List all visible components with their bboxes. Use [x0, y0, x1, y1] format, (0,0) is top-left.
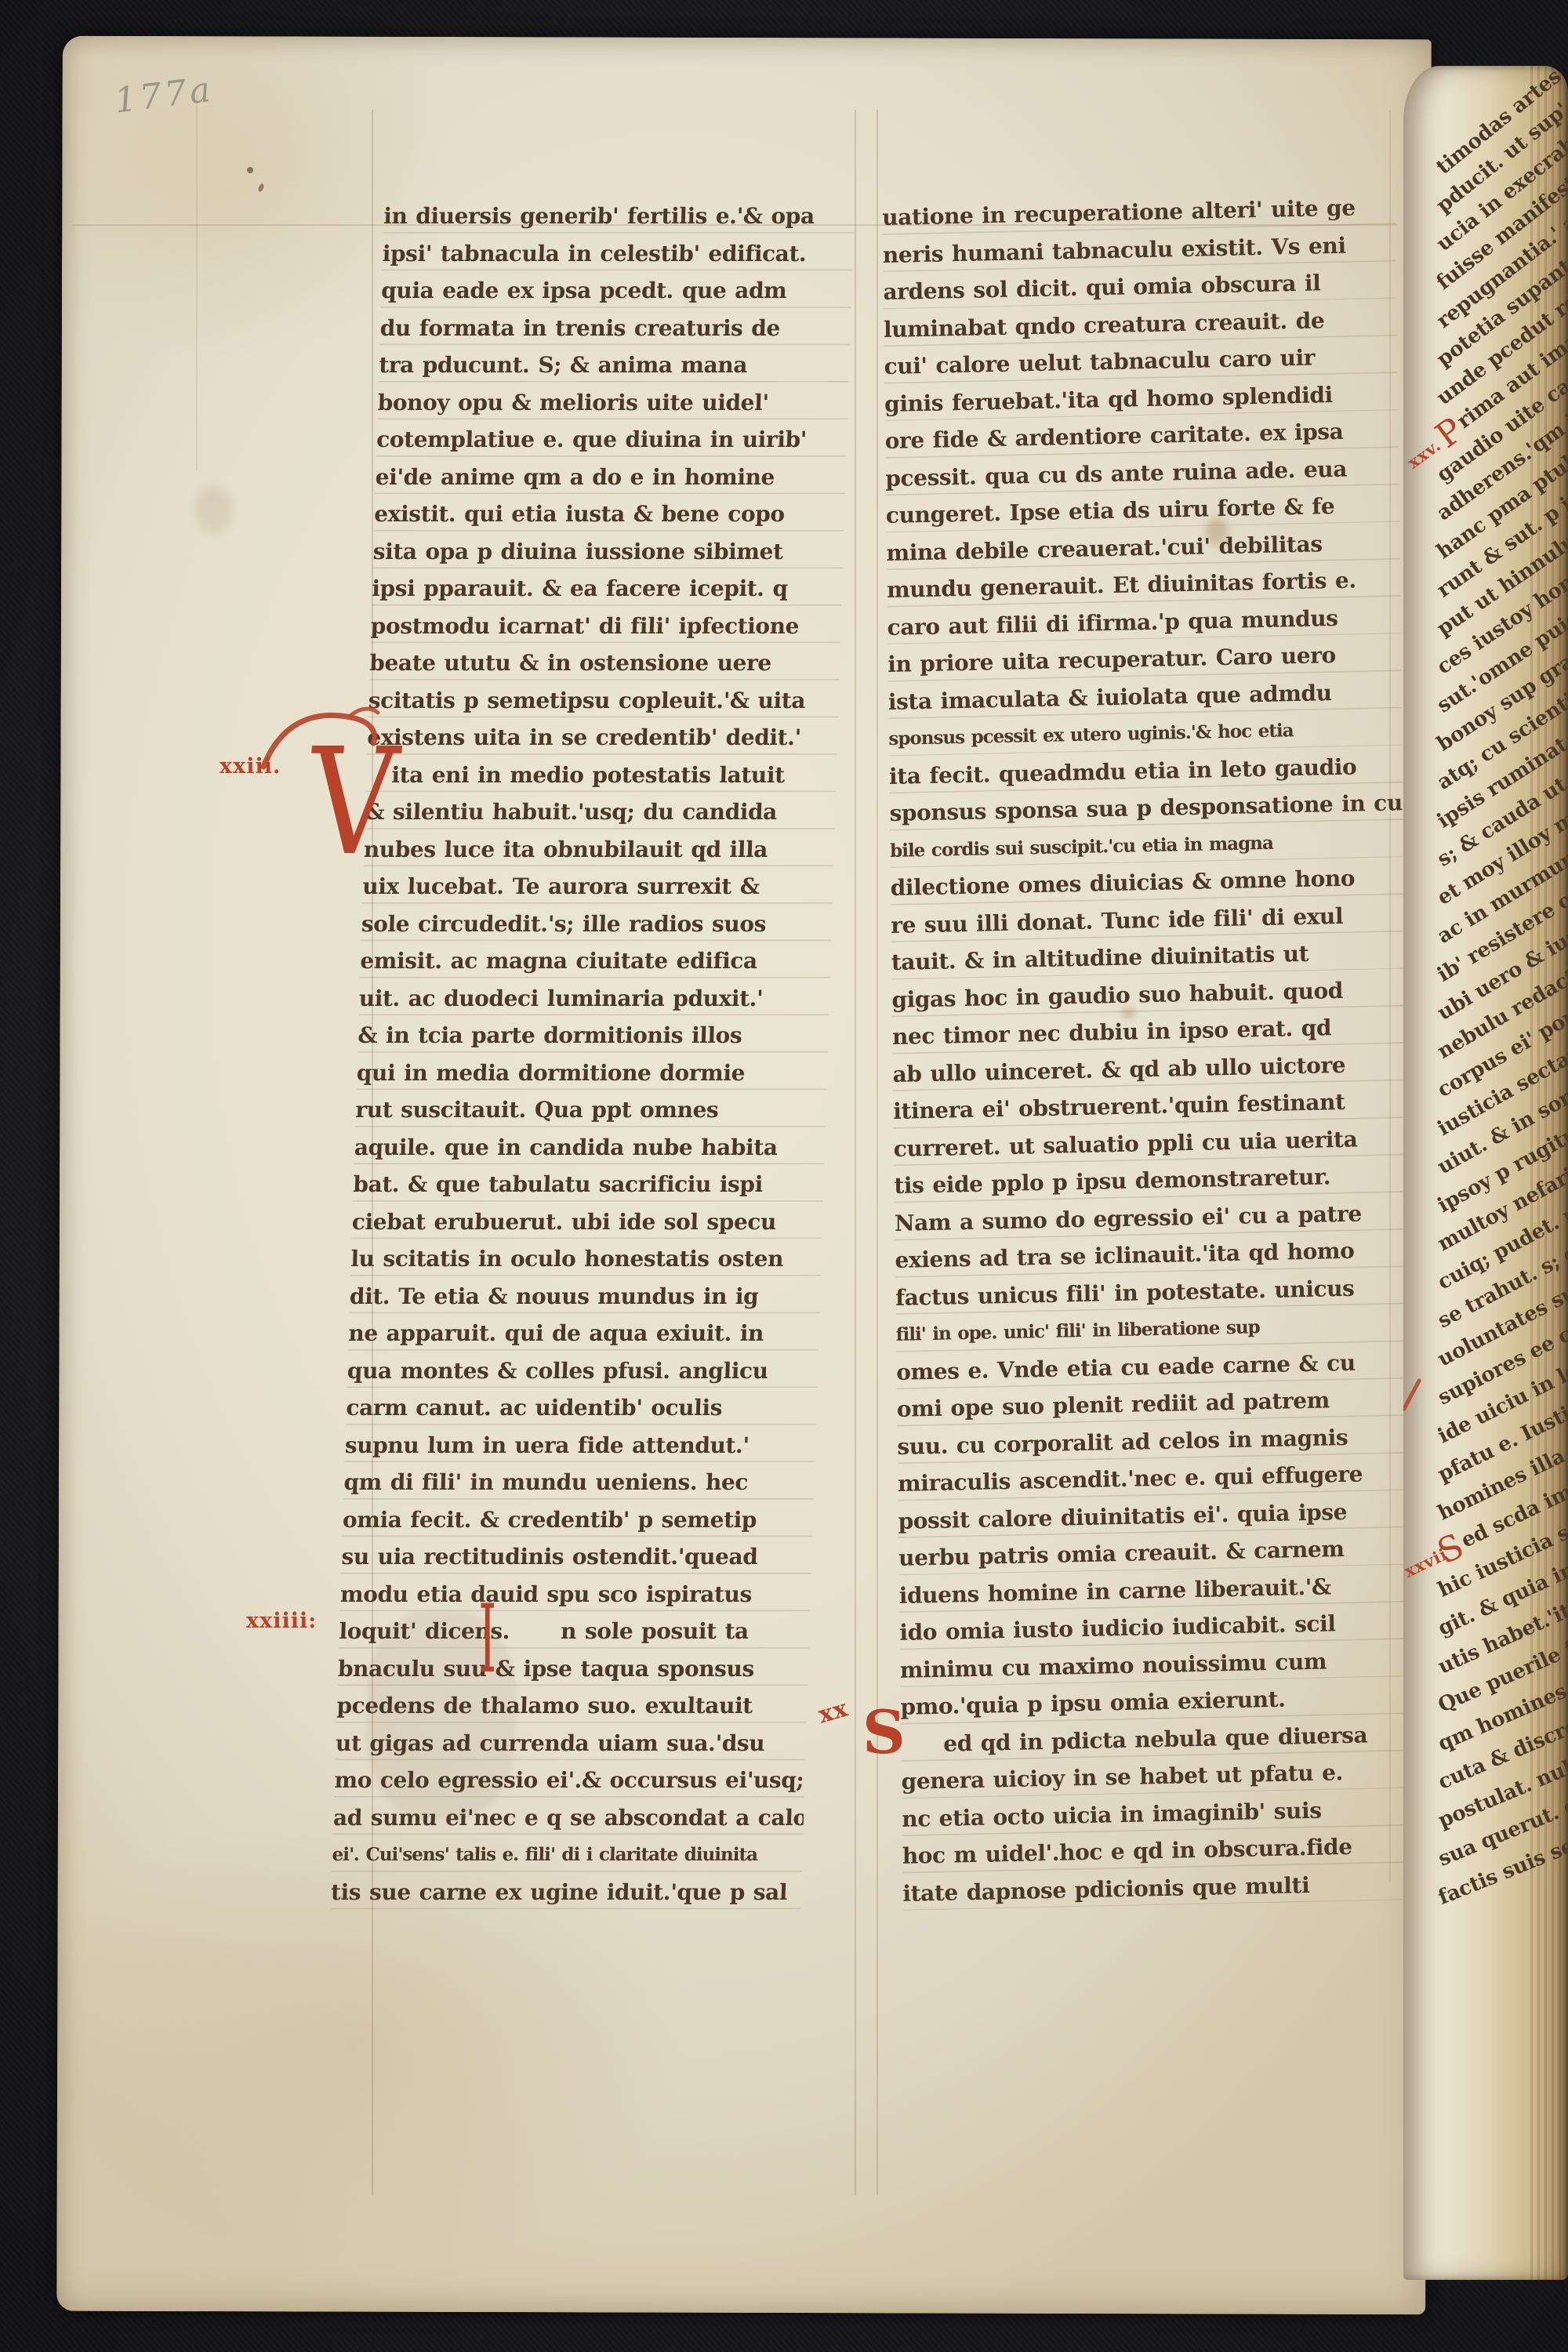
manuscript-text-line: bnaculu suu & ipse taqua sponsus [337, 1650, 808, 1688]
manuscript-text-line: ad sumu ei'nec e q se abscondat a calore [332, 1799, 804, 1837]
manuscript-text-line: qm di fili' in mundu ueniens. hec [343, 1464, 815, 1501]
manuscript-text-line: ciebat erubuerut. ubi ide sol specu [351, 1203, 822, 1241]
manuscript-text-line: postmodu icarnat' di fili' ipfectione [370, 608, 841, 645]
manuscript-text-line: lu scitatis in oculo honestatis osten [350, 1240, 822, 1278]
manuscript-text-line: dit. Te etia & nouus mundus in ig [349, 1278, 820, 1316]
text-column-1: in diuersis generib' fertilis e.'& opaip… [330, 198, 855, 1911]
manuscript-text-line: tis sue carne ex ugine iduit.'que p sal [330, 1874, 801, 1911]
ruling-line [196, 94, 198, 470]
manuscript-text-line: sole circudedit.'s; ille radios suos [361, 906, 832, 943]
rubric-initial-v: V [303, 729, 401, 877]
manuscript-text-line: aquile. que in candida nube habita [354, 1129, 825, 1167]
manuscript-text-line: & in tcia parte dormitionis illos [358, 1017, 829, 1054]
rubric-initial-s: S [862, 1703, 906, 1762]
manuscript-text-line: uit. ac duodeci luminaria pduxit.' [358, 980, 829, 1018]
manuscript-photograph: 177a in diuersis generib' fertilis e.'& … [0, 0, 1568, 2352]
manuscript-text-line: modu etia dauid spu sco ispiratus [339, 1576, 811, 1613]
manuscript-text-line: uix lucebat. Te aurora surrexit & [362, 868, 833, 906]
manuscript-text-line: qua montes & colles pfusi. anglicu [347, 1352, 818, 1390]
text-column-2: uatione in recuperatione alteri' uite ge… [882, 188, 1417, 1912]
manuscript-text-line: sita opa p diuina iussione sibimet [372, 533, 844, 571]
manuscript-text-line: scitatis p semetipsu copleuit.'& uita [368, 682, 839, 720]
manuscript-text-line: bat. & que tabulatu sacrificiu ispi [353, 1166, 824, 1203]
fore-edge-red-mark [1403, 1378, 1422, 1412]
manuscript-text-line: qui in media dormitione dormie [356, 1054, 827, 1092]
manuscript-text-line: ita eni in medio potestatis latuit [365, 757, 837, 794]
manuscript-text-line: & silentiu habuit.'usq; du candida [365, 793, 836, 831]
manuscript-text-line: tra pducunt. S; & anima mana [379, 347, 850, 384]
manuscript-text-line: du formata in trenis creaturis de [379, 310, 851, 347]
manuscript-text-line: ipsi pparauit. & ea facere icepit. q [372, 570, 843, 608]
manuscript-text-line: supnu lum in uera fide attendut.' [344, 1427, 815, 1465]
manuscript-text-line: in diuersis generib' fertilis e.'& opa [383, 198, 855, 235]
chapter-numeral-xxiiii: xxiiii: [246, 1609, 317, 1633]
manuscript-text-line: ei'. Cui'sens' talis e. fili' di i clari… [332, 1836, 803, 1874]
manuscript-text-line: ipsi' tabnacula in celestib' edificat. [382, 235, 853, 273]
manuscript-text-line: ei'de anime qm a do e in homine [375, 459, 846, 496]
ruling-line [855, 110, 856, 2195]
ruling-line [877, 110, 878, 2195]
manuscript-text-line: emisit. ac magna ciuitate edifica [360, 942, 831, 980]
manuscript-text-line: su uia rectitudinis ostendit.'quead [341, 1538, 812, 1576]
manuscript-text-line: ut gigas ad currenda uiam sua.'dsu [335, 1725, 806, 1762]
ink-speck [247, 167, 253, 173]
manuscript-text-line: quia eade ex ipsa pcedt. que adm [381, 272, 852, 310]
fore-edge-of-next-pages: timodas artes diabolipducit. ut sup' ost… [1403, 66, 1568, 2280]
manuscript-text-line: nubes luce ita obnubilauit qd illa [363, 831, 834, 869]
manuscript-text-line: existens uita in se credentib' dedit.' [367, 719, 838, 757]
manuscript-text-line: ne apparuit. qui de aqua exiuit. in [348, 1315, 819, 1352]
manuscript-text-line: loquit' dicens. n sole posuit ta [339, 1613, 810, 1650]
manuscript-text-line: carm canut. ac uidentib' oculis [346, 1389, 817, 1427]
parchment-stain [196, 486, 232, 533]
manuscript-text-line: pcedens de thalamo suo. exultauit [336, 1687, 808, 1725]
manuscript-text-line: bonoy opu & melioris uite uidel' [377, 384, 848, 422]
manuscript-text-line: rut suscitauit. Qua ppt omnes [355, 1091, 826, 1129]
manuscript-text-line: omia fecit. & credentib' p semetip [342, 1501, 813, 1539]
manuscript-text-line: beate ututu & in ostensione uere [369, 644, 840, 682]
manuscript-text-line: mo celo egressio ei'.& occursus ei'usq; [334, 1762, 805, 1799]
rubric-initial-i: I [478, 1593, 496, 1687]
manuscript-text-line: cotemplatiue e. que diuina in uirib' [376, 421, 848, 459]
manuscript-text-line: existit. qui etia iusta & bene copo [374, 495, 845, 533]
